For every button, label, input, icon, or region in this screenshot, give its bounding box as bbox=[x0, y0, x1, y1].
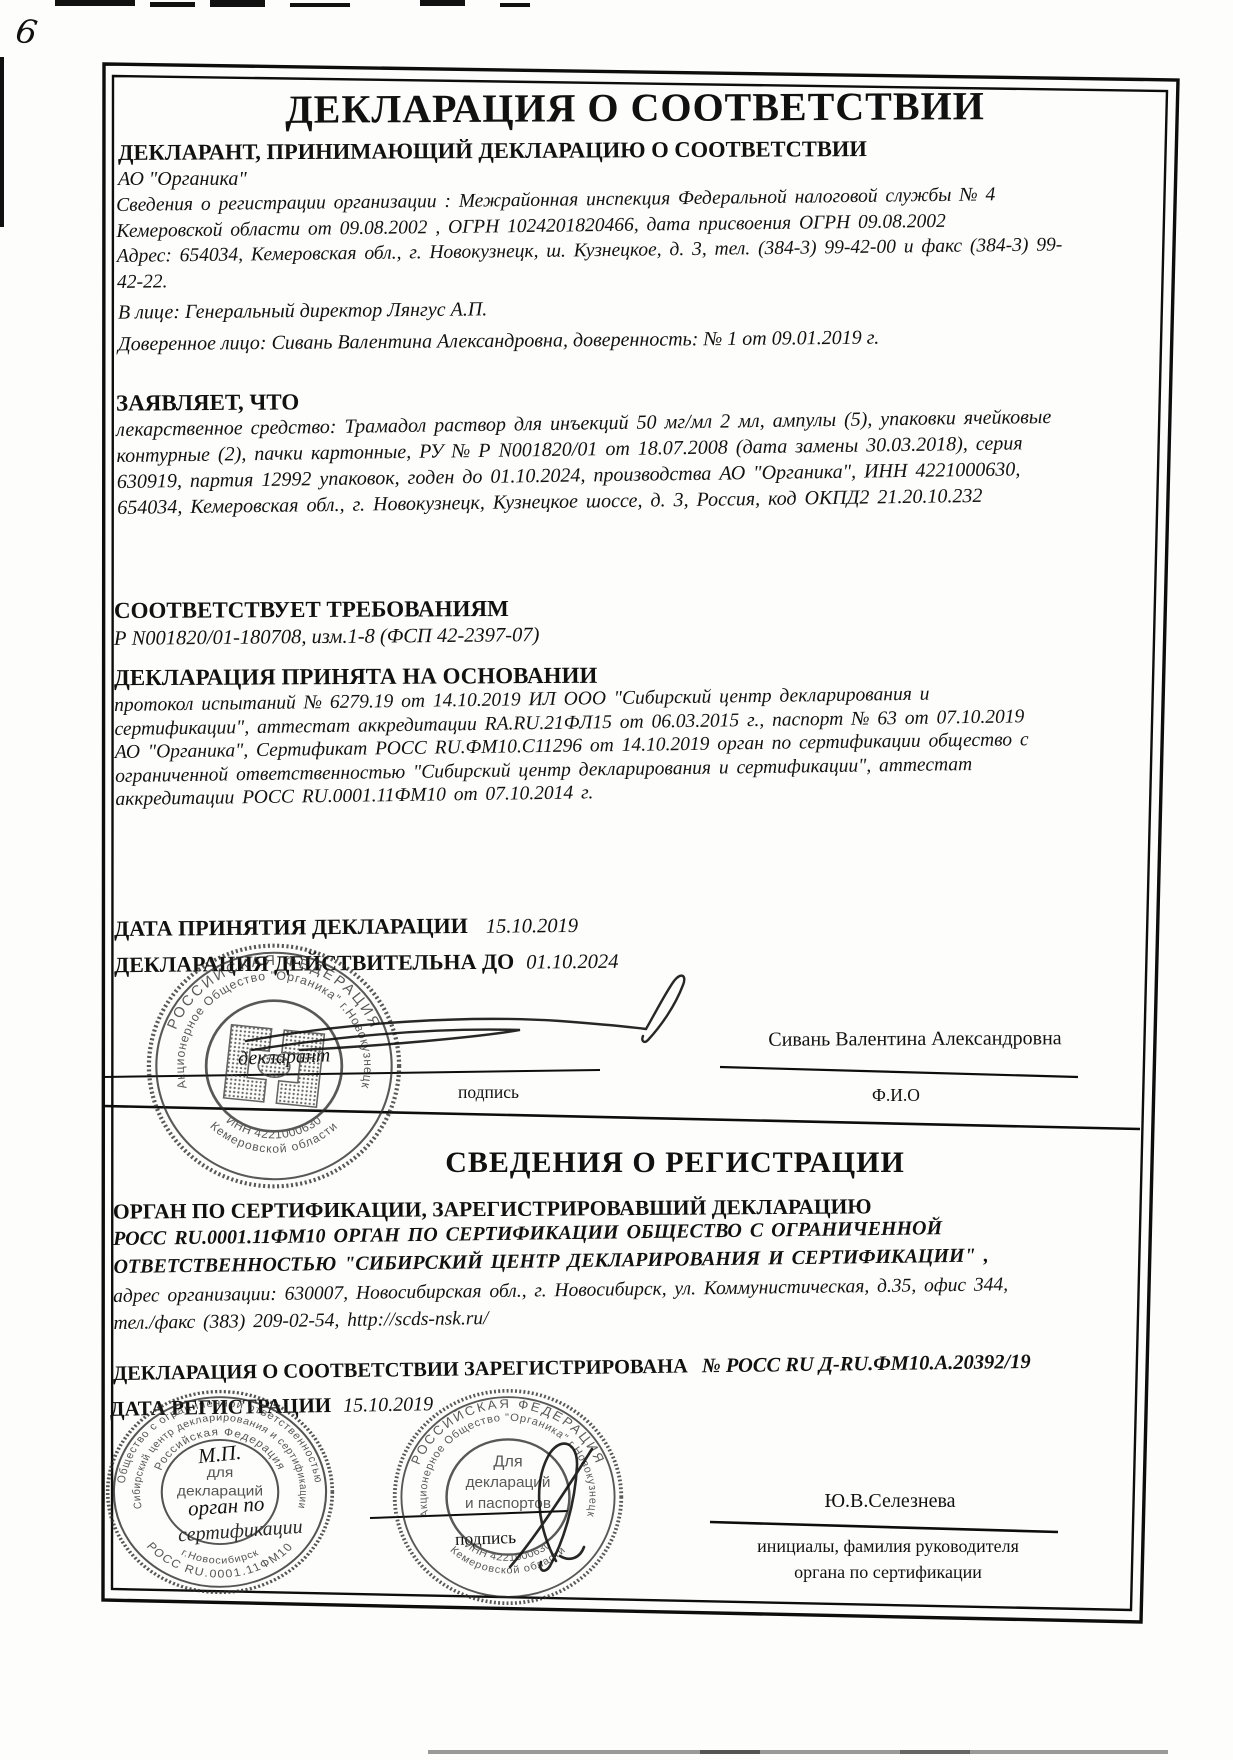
org-stamp-center-line2: деклараций bbox=[466, 1475, 551, 1490]
cert-stamp-center-line1: для bbox=[207, 1466, 234, 1481]
org-declarations-stamp: Для деклараций и паспортов bbox=[395, 1391, 622, 1603]
cert-body-stamp: Общество с ограниченной ответственностью… bbox=[108, 1392, 333, 1593]
stamps-overlay: РОССИЙСКАЯ ФЕДЕРАЦИЯ Акционерное Обществ… bbox=[0, 0, 1233, 1760]
declarant-org-stamp bbox=[149, 946, 399, 1187]
org-stamp-center-line1: Для bbox=[493, 1454, 522, 1470]
scanned-declaration-page: 6 ДЕКЛАРАЦИЯ О СООТВЕТСТВИИ ДЕКЛАРАНТ, П… bbox=[0, 0, 1233, 1760]
cert-stamp-center-line2: деклараций bbox=[177, 1484, 263, 1499]
